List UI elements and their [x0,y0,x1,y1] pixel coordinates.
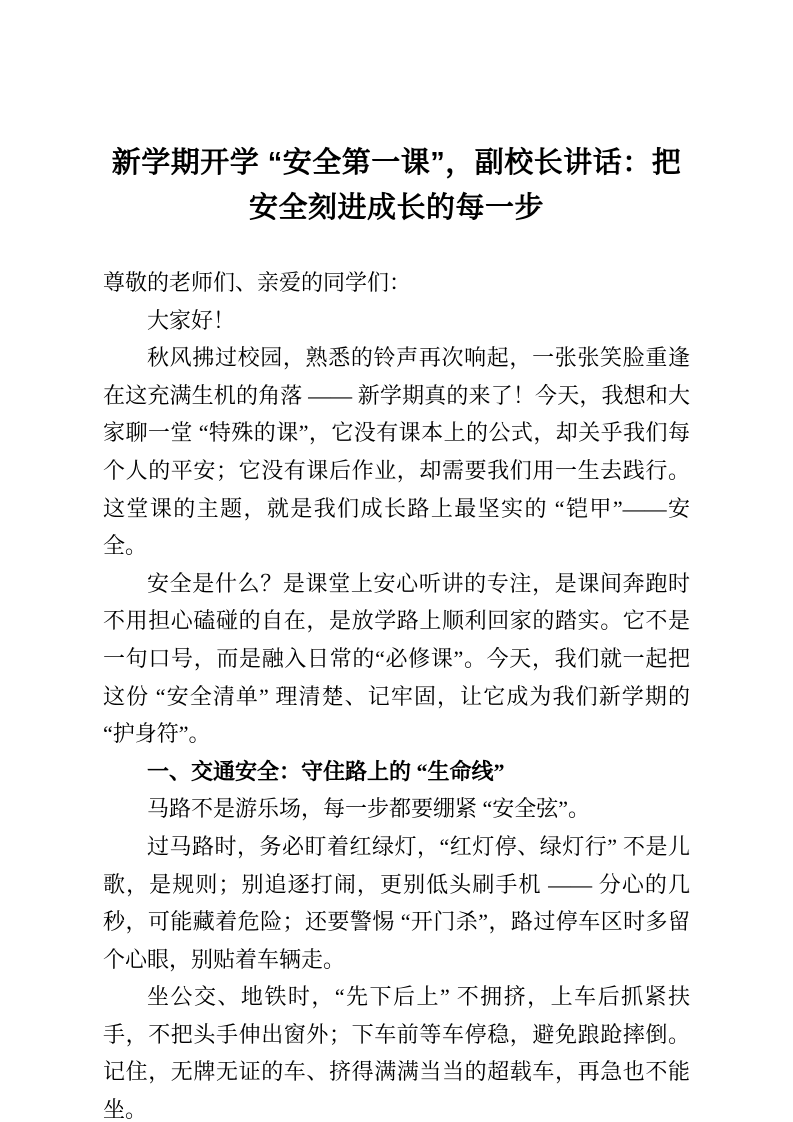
paragraph: 过马路时，务必盯着红绿灯，“红灯停、绿灯行” 不是儿歌，是规则；别追逐打闹，更别… [103,828,690,978]
section-heading: 一、交通安全：守住路上的 “生命线” [103,753,690,791]
document-body: 尊敬的老师们、亲爱的同学们：大家好！秋风拂过校园，熟悉的铃声再次响起，一张张笑脸… [103,264,690,1122]
paragraph: 坐公交、地铁时，“先下后上” 不拥挤，上车后抓紧扶手，不把头手伸出窗外；下车前等… [103,978,690,1122]
document-title: 新学期开学 “安全第一课”，副校长讲话：把安全刻进成长的每一步 [103,141,690,231]
paragraph: 马路不是游乐场，每一步都要绷紧 “安全弦”。 [103,790,690,828]
paragraph: 大家好！ [103,302,690,340]
document-content: 新学期开学 “安全第一课”，副校长讲话：把安全刻进成长的每一步 尊敬的老师们、亲… [0,141,793,1122]
paragraph: 秋风拂过校园，熟悉的铃声再次响起，一张张笑脸重逢在这充满生机的角落 —— 新学期… [103,339,690,565]
paragraph: 尊敬的老师们、亲爱的同学们： [103,264,690,302]
document-page: 新学期开学 “安全第一课”，副校长讲话：把安全刻进成长的每一步 尊敬的老师们、亲… [0,0,793,1122]
paragraph: 安全是什么？是课堂上安心听讲的专注，是课间奔跑时不用担心磕碰的自在，是放学路上顺… [103,565,690,753]
